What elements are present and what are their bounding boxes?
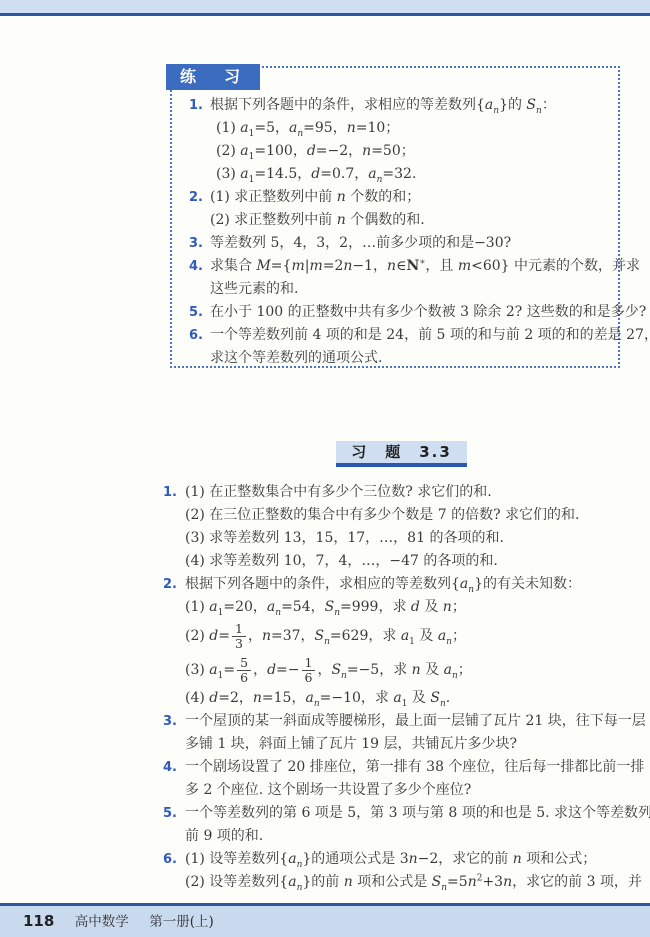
problem-number: 5.	[189, 301, 203, 324]
math-token: S	[432, 874, 442, 890]
problem-line: 多铺 1 块，斜面上铺了瓦片 19 层，共铺瓦片多少块?	[163, 733, 647, 756]
math-token: S	[315, 628, 325, 644]
exercise-heading: 习 题 3.3	[336, 441, 467, 467]
problem-text: 求集合 M={m|m=2n−1，n∈N∗，且 m<60} 中元素的个数，并求	[210, 258, 640, 274]
math-token: S	[325, 599, 335, 615]
math-token: a	[305, 690, 313, 706]
math-token: n	[343, 258, 352, 274]
problem-text: 这些元素的和.	[210, 281, 298, 297]
math-token: m	[291, 258, 304, 274]
problem-line: 前 9 项的和.	[163, 825, 647, 848]
math-token: n	[262, 628, 271, 644]
math-token: m	[458, 258, 471, 274]
problem-text: (4) d=2，n=15，an=−10，求 a1 及 Sn.	[185, 690, 450, 706]
problem-line: (2) 求正整数列中前 n 个偶数的和.	[180, 209, 614, 232]
math-token: n	[275, 608, 281, 618]
problem-line: 3.一个屋顶的某一斜面成等腰梯形，最上面一层铺了瓦片 21 块，往下每一层	[163, 710, 647, 733]
math-token: n	[452, 671, 458, 681]
problem-number: 1.	[163, 481, 177, 504]
problem-text: (2) 在三位正整数的集合中有多少个数是 7 的倍数? 求它们的和.	[185, 507, 580, 523]
problem-number: 2.	[163, 573, 177, 596]
math-token: 1	[218, 671, 224, 681]
book-title: 高中数学	[75, 914, 129, 930]
math-token: a	[240, 143, 248, 159]
problem-text: 一个屋顶的某一斜面成等腰梯形，最上面一层铺了瓦片 21 块，往下每一层	[185, 713, 646, 729]
problem-number: 2.	[189, 186, 203, 209]
problem-line: 这些元素的和.	[180, 278, 614, 301]
math-token: a	[368, 166, 376, 182]
problem-number: 6.	[189, 324, 203, 347]
problem-line: 4.一个剧场设置了 20 排座位，第一排有 38 个座位，往后每一排都比前一排	[163, 756, 647, 779]
problem-text: 求这个等差数列的通项公式.	[210, 350, 382, 366]
problem-line: 2.(1) 求正整数列中前 n 个数的和；	[180, 186, 614, 209]
math-token: a	[393, 690, 401, 706]
practice-heading-label: 练 习	[180, 67, 246, 86]
problem-number: 3.	[163, 710, 177, 733]
problem-line: 6.(1) 设等差数列{an}的通项公式是 3n−2，求它的前 n 项和公式；	[163, 848, 647, 871]
math-token: 1	[249, 129, 255, 139]
math-token: n	[297, 860, 303, 870]
problem-text: 前 9 项的和.	[185, 828, 263, 844]
textbook-page: 练 习 1.根据下列各题中的条件，求相应的等差数列{an}的 Sn：(1) a1…	[0, 0, 650, 937]
problem-line: 求这个等差数列的通项公式.	[180, 347, 614, 370]
math-token: n	[503, 874, 512, 890]
practice-section: 练 习 1.根据下列各题中的条件，求相应的等差数列{an}的 Sn：(1) a1…	[170, 66, 620, 368]
problem-text: 一个等差数列的第 6 项是 5，第 3 项与第 8 项的和也是 5. 求这个等差…	[185, 805, 650, 821]
math-token: n	[314, 699, 320, 709]
problem-text: 多 2 个座位. 这个剧场一共设置了多少个座位?	[185, 782, 471, 798]
math-token: 1	[409, 637, 415, 647]
problem-line: 5.一个等差数列的第 6 项是 5，第 3 项与第 8 项的和也是 5. 求这个…	[163, 802, 647, 825]
problem-line: 6.一个等差数列前 4 项的和是 24，前 5 项的和与前 2 项的和的差是 2…	[180, 324, 614, 347]
problem-text: 在小于 100 的正整数中共有多少个数被 3 除余 2? 这些数的和是多少?	[210, 304, 646, 320]
math-token: n	[468, 585, 474, 595]
problem-line: (3) 求等差数列 13，15，17，…，81 的各项的和.	[163, 527, 647, 550]
math-token: 16	[302, 656, 316, 683]
problem-text: (2) d=13，n=37，Sn=629，求 a1 及 an；	[185, 628, 466, 644]
problem-number: 4.	[163, 756, 177, 779]
problem-number: 3.	[189, 232, 203, 255]
problem-text: (1) 设等差数列{an}的通项公式是 3n−2，求它的前 n 项和公式；	[185, 851, 596, 867]
math-token: n	[441, 883, 447, 893]
math-token: n	[493, 106, 499, 116]
math-token: n	[324, 637, 330, 647]
problem-text: 等差数列 5，4，3，2，…前多少项的和是−30?	[210, 235, 511, 251]
problem-text: (1) 求正整数列中前 n 个数的和；	[210, 189, 420, 205]
problem-line: 5.在小于 100 的正整数中共有多少个数被 3 除余 2? 这些数的和是多少?	[180, 301, 614, 324]
problem-text: (2) 求正整数列中前 n 个偶数的和.	[210, 212, 425, 228]
math-token: a	[240, 120, 248, 136]
problem-line: (2) a1=100，d=−2，n=50；	[180, 140, 614, 163]
math-token: n	[297, 129, 303, 139]
math-token: 13	[232, 622, 246, 649]
math-token: S	[526, 97, 536, 113]
problem-number: 6.	[163, 848, 177, 871]
problem-line: (4) 求等差数列 10，7，4，…，−47 的各项的和.	[163, 550, 647, 573]
math-token: n	[337, 189, 346, 205]
problem-line: 1.(1) 在正整数集合中有多少个三位数? 求它们的和.	[163, 481, 647, 504]
problem-text: (3) 求等差数列 13，15，17，…，81 的各项的和.	[185, 530, 504, 546]
math-token: d	[311, 166, 320, 182]
math-token: n	[297, 883, 303, 893]
problem-line: (1) a1=20，an=54，Sn=999，求 d 及 n；	[163, 596, 647, 619]
math-token: n	[362, 143, 371, 159]
math-token: n	[412, 662, 421, 678]
math-token: a	[209, 662, 217, 678]
math-token: ∗	[419, 257, 425, 267]
problem-text: (1) a1=20，an=54，Sn=999，求 d 及 n；	[185, 599, 466, 615]
math-token: n	[440, 699, 446, 709]
practice-heading: 练 习	[166, 64, 260, 90]
problem-line: (2) 设等差数列{an}的前 n 项和公式是 Sn=5n2+3n，求它的前 3…	[163, 871, 647, 894]
math-token: a	[438, 628, 446, 644]
math-token: 56	[237, 656, 251, 683]
math-token: n	[409, 851, 418, 867]
volume-label: 第一册(上)	[149, 914, 214, 930]
problem-line: (4) d=2，n=15，an=−10，求 a1 及 Sn.	[163, 687, 647, 710]
math-token: a	[209, 599, 217, 615]
math-token: n	[334, 608, 340, 618]
problem-text: (1) a1=5，an=95，n=10；	[216, 120, 399, 136]
problem-line: 1.根据下列各题中的条件，求相应的等差数列{an}的 Sn：	[180, 94, 614, 117]
page-number: 118	[23, 912, 54, 930]
problem-line: 3.等差数列 5，4，3，2，…前多少项的和是−30?	[180, 232, 614, 255]
problem-line: 多 2 个座位. 这个剧场一共设置了多少个座位?	[163, 779, 647, 802]
problem-text: (2) 设等差数列{an}的前 n 项和公式是 Sn=5n2+3n，求它的前 3…	[185, 874, 642, 890]
exercise-problem-list: 1.(1) 在正整数集合中有多少个三位数? 求它们的和.(2) 在三位正整数的集…	[163, 481, 647, 894]
math-token: n	[513, 851, 522, 867]
problem-text: 根据下列各题中的条件，求相应的等差数列{an}的 Sn：	[210, 97, 556, 113]
math-token: n	[377, 175, 383, 185]
problem-text: (2) a1=100，d=−2，n=50；	[216, 143, 415, 159]
math-token: a	[460, 576, 468, 592]
math-token: n	[443, 599, 452, 615]
problem-number: 5.	[163, 802, 177, 825]
math-token: a	[401, 628, 409, 644]
math-token: d	[209, 628, 218, 644]
math-token: d	[267, 662, 276, 678]
math-token: a	[288, 851, 296, 867]
math-token: N	[406, 258, 419, 274]
exercise-heading-label: 习 题 3.3	[351, 443, 452, 461]
problem-line: (3) a1=14.5，d=0.7，an=32.	[180, 163, 614, 186]
math-token: n	[468, 874, 477, 890]
problem-line: 4.求集合 M={m|m=2n−1，n∈N∗，且 m<60} 中元素的个数，并求	[180, 255, 614, 278]
math-token: 1	[249, 152, 255, 162]
math-token: n	[387, 258, 396, 274]
practice-problem-list: 1.根据下列各题中的条件，求相应的等差数列{an}的 Sn：(1) a1=5，a…	[180, 94, 614, 370]
problem-text: (1) 在正整数集合中有多少个三位数? 求它们的和.	[185, 484, 492, 500]
problem-text: (4) 求等差数列 10，7，4，…，−47 的各项的和.	[185, 553, 498, 569]
math-token: n	[344, 874, 353, 890]
math-token: n	[446, 637, 452, 647]
math-token: a	[485, 97, 493, 113]
math-token: n	[536, 106, 542, 116]
top-border-band	[0, 0, 650, 16]
math-token: 1	[249, 175, 255, 185]
problem-line: 2.根据下列各题中的条件，求相应的等差数列{an}的有关未知数：	[163, 573, 647, 596]
math-token: S	[331, 662, 341, 678]
problem-text: (3) a1=14.5，d=0.7，an=32.	[216, 166, 416, 182]
problem-text: 多铺 1 块，斜面上铺了瓦片 19 层，共铺瓦片多少块?	[185, 736, 517, 752]
math-token: a	[240, 166, 248, 182]
problem-number: 1.	[189, 94, 203, 117]
problem-line: (1) a1=5，an=95，n=10；	[180, 117, 614, 140]
problem-text: 一个剧场设置了 20 排座位，第一排有 38 个座位，往后每一排都比前一排	[185, 759, 644, 775]
problem-text: (3) a1=56，d=−16，Sn=−5，求 n 及 an；	[185, 662, 472, 678]
problem-text: 一个等差数列前 4 项的和是 24，前 5 项的和与前 2 项的和的差是 27，	[210, 327, 650, 343]
math-token: 1	[218, 608, 224, 618]
math-token: 2	[477, 873, 483, 883]
math-token: n	[347, 120, 356, 136]
page-footer: 118 高中数学 第一册(上)	[0, 903, 650, 937]
math-token: m	[309, 258, 322, 274]
math-token: n	[341, 671, 347, 681]
problem-line: (2) d=13，n=37，Sn=629，求 a1 及 an；	[163, 619, 647, 653]
problem-text: 根据下列各题中的条件，求相应的等差数列{an}的有关未知数：	[185, 576, 581, 592]
problem-line: (2) 在三位正整数的集合中有多少个数是 7 的倍数? 求它们的和.	[163, 504, 647, 527]
math-token: d	[307, 143, 316, 159]
math-token: n	[253, 690, 262, 706]
math-token: M	[256, 258, 270, 274]
math-token: S	[430, 690, 440, 706]
math-token: n	[337, 212, 346, 228]
problem-line: (3) a1=56，d=−16，Sn=−5，求 n 及 an；	[163, 653, 647, 687]
math-token: d	[209, 690, 218, 706]
math-token: 1	[402, 699, 408, 709]
math-token: d	[411, 599, 420, 615]
math-token: a	[444, 662, 452, 678]
math-token: a	[288, 874, 296, 890]
problem-number: 4.	[189, 255, 203, 278]
